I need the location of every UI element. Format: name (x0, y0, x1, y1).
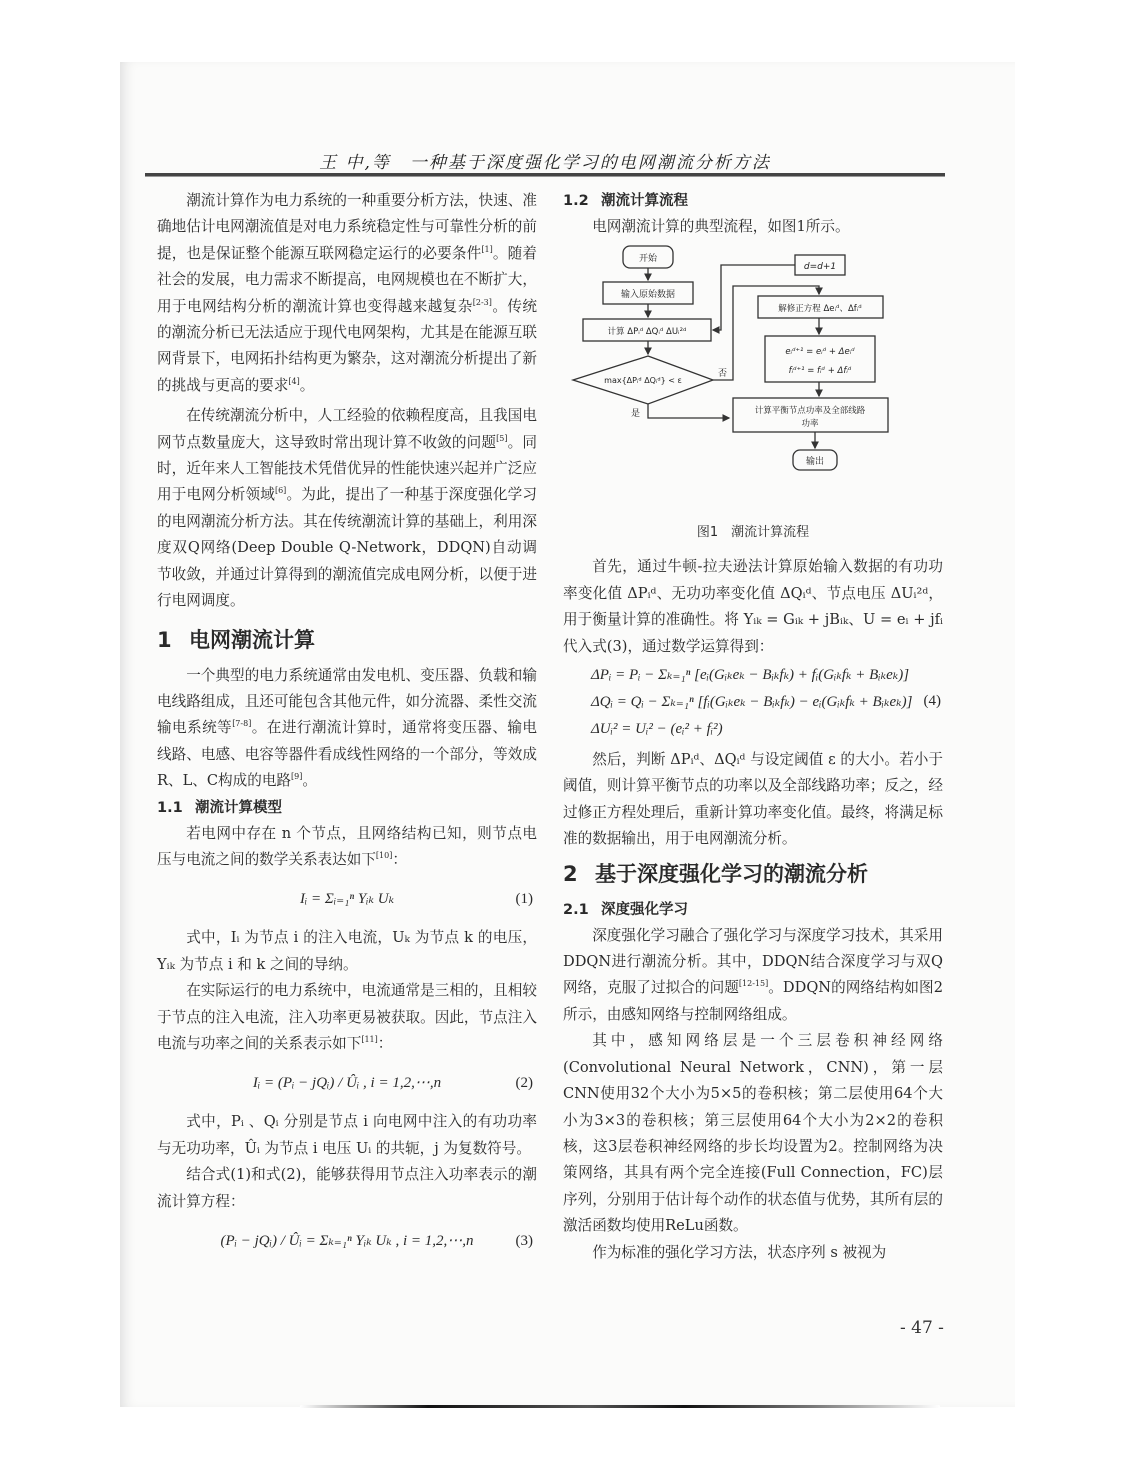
section-number: 1 (157, 623, 189, 657)
balance-label-line2: 功率 (801, 418, 819, 429)
equation-body: (Pᵢ − jQᵢ) / Ûᵢ = Σₖ₌₁ⁿ Yᵢₖ Uₖ , i = 1,2… (220, 1233, 473, 1249)
running-head: 王 中,等 一种基于深度强化学习的电网潮流分析方法 (150, 148, 940, 173)
right-column: 1.2潮流计算流程 电网潮流计算的典型流程，如图1所示。 (563, 188, 943, 1266)
equation-4: ΔPᵢ = Pᵢ − Σₖ₌₁ⁿ [eᵢ(Gᵢₖeₖ − Bᵢₖfₖ) + fᵢ… (563, 662, 943, 743)
text: ： (392, 851, 407, 868)
compute-label: 计算 ΔPᵢᵈ ΔQᵢᵈ ΔUᵢ²ᵈ (608, 326, 687, 337)
subsection-1-1-paragraph-1: 若电网中存在 n 个节点，且网络结构已知，则节点电压与电流之间的数学关系表达如下… (157, 821, 537, 874)
no-label: 否 (718, 368, 727, 379)
subsection-1-1-paragraph-4: 式中，Pᵢ 、Qᵢ 分别是节点 i 向电网中注入的有功功率与无功功率，Ûᵢ 为节… (157, 1109, 537, 1162)
text: ： (378, 1035, 393, 1052)
subsection-number: 1.2 (563, 188, 601, 214)
subsection-number: 1.1 (157, 795, 195, 821)
subsection-1-1-paragraph-2: 式中，Iᵢ 为节点 i 的注入电流，Uₖ 为节点 k 的电压，Yᵢₖ 为节点 i… (157, 925, 537, 978)
citation[interactable]: [9] (291, 772, 302, 781)
equation-3: (Pᵢ − jQᵢ) / Ûᵢ = Σₖ₌₁ⁿ Yᵢₖ Uₖ , i = 1,2… (157, 1217, 537, 1265)
equation-4-line-3: ΔUᵢ² = Uᵢ² − (eᵢ² + fᵢ²) (591, 716, 943, 743)
increment-label: d=d+1 (804, 262, 836, 272)
subsection-2-1-paragraph-1: 深度强化学习融合了强化学习与深度学习技术，其采用DDQN进行潮流分析。其中，DD… (563, 923, 943, 1029)
equation-number: (3) (516, 1217, 534, 1265)
left-column: 潮流计算作为电力系统的一种重要分析方法，快速、准确地估计电网潮流值是对电力系统稳… (157, 188, 537, 1267)
equation-number: (2) (516, 1059, 534, 1107)
yes-label: 是 (631, 408, 640, 419)
solve-label: 解修正方程 Δeᵢᵈ、Δfᵢᵈ (778, 303, 861, 314)
page-number: - 47 - (900, 1318, 944, 1338)
equation-number: (4) (924, 688, 942, 715)
citation[interactable]: [11] (361, 1035, 377, 1044)
citation[interactable]: [2-3] (473, 298, 492, 307)
citation[interactable]: [10] (376, 851, 392, 860)
section-2-heading: 2基于深度强化学习的潮流分析 (563, 857, 943, 891)
section-1-paragraph: 一个典型的电力系统通常由发电机、变压器、负载和输电线路组成，且还可能包含其他元件… (157, 663, 537, 795)
equation-1: Iᵢ = Σᵢ₌₁ⁿ Yᵢₖ Uₖ(1) (157, 875, 537, 923)
subsection-1-1-paragraph-5: 结合式(1)和式(2)，能够获得用节点注入功率表示的潮流计算方程： (157, 1162, 537, 1215)
subsection-1-1-heading: 1.1潮流计算模型 (157, 795, 537, 821)
citation[interactable]: [7-8] (232, 719, 251, 728)
subsection-2-1-paragraph-2: 其中，感知网络层是一个三层卷积神经网络(Convolutional Neural… (563, 1028, 943, 1239)
citation[interactable]: [4] (288, 377, 299, 386)
text: 。 (300, 377, 315, 394)
text: 潮流计算作为电力系统的一种重要分析方法，快速、准确地估计电网潮流值是对电力系统稳… (157, 192, 537, 262)
decision-label: max{ΔPᵢᵈ ΔQᵢᵈ} < ε (604, 376, 682, 385)
citation[interactable]: [1] (481, 245, 492, 254)
section-number: 2 (563, 857, 595, 891)
figure-1-caption: 图1 潮流计算流程 (563, 520, 943, 546)
equation-4-line-1: ΔPᵢ = Pᵢ − Σₖ₌₁ⁿ [eᵢ(Gᵢₖeₖ − Bᵢₖfₖ) + fᵢ… (591, 662, 943, 689)
section-1-heading: 1电网潮流计算 (157, 623, 537, 657)
equation-2: Iᵢ = (Pᵢ − jQᵢ) / Ûᵢ , i = 1,2,⋯,n(2) (157, 1059, 537, 1107)
text: 若电网中存在 n 个节点，且网络结构已知，则节点电压与电流之间的数学关系表达如下 (157, 825, 537, 868)
balance-label-line1: 计算平衡节点功率及全部线路 (755, 405, 866, 416)
intro-paragraph-1: 潮流计算作为电力系统的一种重要分析方法，快速、准确地估计电网潮流值是对电力系统稳… (157, 188, 537, 399)
citation[interactable]: [6] (275, 487, 286, 496)
start-label: 开始 (639, 252, 658, 264)
subsection-2-1-heading: 2.1深度强化学习 (563, 897, 943, 923)
flowchart-diagram: 开始 输入原始数据 计算 ΔPᵢᵈ ΔQᵢᵈ ΔUᵢ²ᵈ max{ΔPᵢᵈ ΔQ… (563, 240, 943, 510)
citation[interactable]: [12-15] (739, 980, 768, 989)
text: 。 (302, 772, 317, 789)
text: 在传统潮流分析中，人工经验的依赖程度高，且我国电网节点数量庞大，这导致时常出现计… (157, 407, 537, 450)
update-f-label: fᵢᵈ⁺¹ = fᵢᵈ + Δfᵢᵈ (789, 366, 852, 376)
equation-body: Iᵢ = Σᵢ₌₁ⁿ Yᵢₖ Uₖ (300, 891, 394, 907)
section-title: 基于深度强化学习的潮流分析 (595, 862, 868, 886)
equation-body: Iᵢ = (Pᵢ − jQᵢ) / Ûᵢ , i = 1,2,⋯,n (253, 1075, 441, 1091)
subsection-title: 潮流计算流程 (601, 193, 688, 209)
subsection-title: 深度强化学习 (601, 902, 688, 918)
text: 在实际运行的电力系统中，电流通常是三相的，且相较于节点的注入电流，注入功率更易被… (157, 982, 537, 1052)
subsection-number: 2.1 (563, 897, 601, 923)
subsection-1-2-heading: 1.2潮流计算流程 (563, 188, 943, 214)
figure-1-flowchart: 开始 输入原始数据 计算 ΔPᵢᵈ ΔQᵢᵈ ΔUᵢ²ᵈ max{ΔPᵢᵈ ΔQ… (563, 240, 943, 540)
citation[interactable]: [5] (496, 434, 507, 443)
subsection-2-1-paragraph-3: 作为标准的强化学习方法，状态序列 s 被视为 (563, 1240, 943, 1266)
subsection-1-2-paragraph-3: 然后，判断 ΔPᵢᵈ、ΔQᵢᵈ 与设定阈值 ε 的大小。若小于阈值，则计算平衡节… (563, 747, 943, 853)
header-rule (145, 173, 945, 177)
equation-4-line-2: ΔQᵢ = Qᵢ − Σₖ₌₁ⁿ [fᵢ(Gᵢₖeₖ − Bᵢₖfₖ) − eᵢ… (591, 689, 943, 716)
text: 。为此，提出了一种基于深度强化学习的电网潮流分析方法。其在传统潮流计算的基础上，… (157, 486, 537, 609)
subsection-1-2-paragraph-2: 首先，通过牛顿-拉夫逊法计算原始输入数据的有功功率变化值 ΔPᵢᵈ、无功功率变化… (563, 554, 943, 660)
page-edge-shadow (300, 1405, 940, 1408)
subsection-1-1-paragraph-3: 在实际运行的电力系统中，电流通常是三相的，且相较于节点的注入电流，注入功率更易被… (157, 978, 537, 1057)
equation-number: (1) (516, 875, 534, 923)
input-label: 输入原始数据 (621, 288, 675, 300)
subsection-1-2-intro: 电网潮流计算的典型流程，如图1所示。 (563, 214, 943, 240)
output-label: 输出 (806, 455, 824, 467)
update-e-label: eᵢᵈ⁺¹ = eᵢᵈ + Δeᵢᵈ (785, 347, 855, 357)
intro-paragraph-2: 在传统潮流分析中，人工经验的依赖程度高，且我国电网节点数量庞大，这导致时常出现计… (157, 403, 537, 614)
section-title: 电网潮流计算 (189, 628, 315, 652)
subsection-title: 潮流计算模型 (195, 800, 282, 816)
